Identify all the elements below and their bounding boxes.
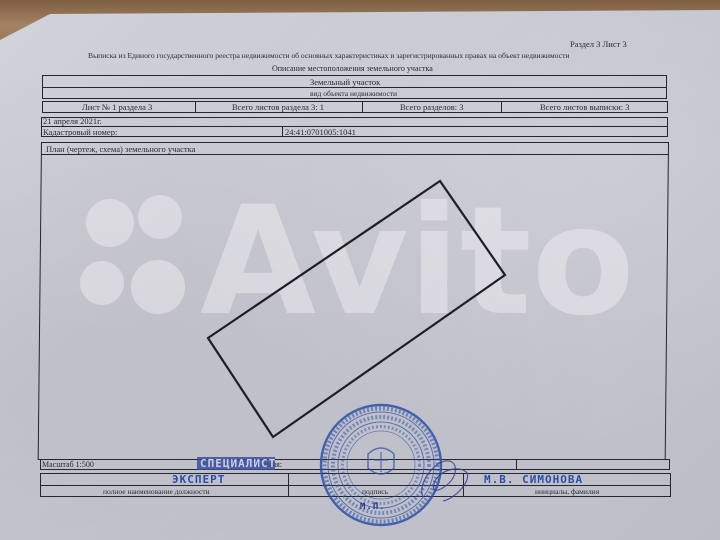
name-caption: инициалы, фамилия — [535, 488, 599, 496]
divider — [288, 473, 289, 497]
specialist-stamp: СПЕЦИАЛИСТ — [200, 457, 276, 470]
land-parcel-boundary — [208, 181, 505, 437]
name-value: М.В. СИМОНОВА — [484, 473, 583, 486]
position-value: ЭКСПЕРТ — [172, 473, 225, 486]
position-caption: полное наименование должности — [103, 488, 210, 496]
scale-label: Масштаб 1:500 — [42, 461, 94, 469]
divider — [516, 459, 517, 470]
handwritten-signature — [415, 455, 475, 505]
stamp-abbreviation: М.П. — [360, 502, 386, 512]
